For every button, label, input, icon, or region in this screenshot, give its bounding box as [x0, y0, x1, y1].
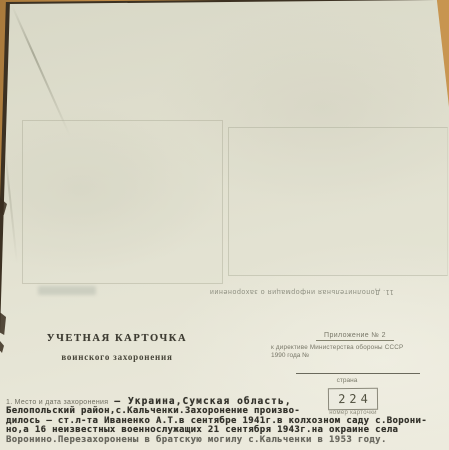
paper-crease [4, 150, 19, 270]
form-reference-block: Приложение № 2 к директиве Министерства … [271, 332, 439, 359]
flipped-section-11-caption: 11. Дополнительная информация о захороне… [203, 288, 400, 295]
card-title-block: УЧЕТНАЯ КАРТОЧКА воинского захоронения [38, 333, 196, 362]
separator-line [296, 373, 420, 374]
typed-line: Воронино.Перезахоронены в братскую могил… [6, 436, 447, 446]
appendix-reference-text: Приложение № 2 [316, 332, 394, 341]
ink-smudge [38, 286, 96, 295]
country-label: страна [322, 377, 372, 384]
showthrough-frame-right [228, 127, 448, 276]
burial-place-and-date-section: 1. Место и дата захоронения – Украина,Су… [6, 396, 447, 445]
directive-year: 1990 года № [271, 352, 439, 359]
appendix-reference: Приложение № 2 [271, 332, 439, 341]
scanner-background: 11. Дополнительная информация о захороне… [0, 0, 449, 450]
field-1-label: 1. Место и дата захоронения [6, 399, 108, 406]
card-subtitle: воинского захоронения [38, 352, 196, 362]
directive-reference: к директиве Министерства обороны СССР [271, 344, 439, 351]
card-title: УЧЕТНАЯ КАРТОЧКА [38, 333, 196, 344]
showthrough-frame-left [22, 120, 223, 284]
registration-card-paper: 11. Дополнительная информация о захороне… [0, 0, 449, 450]
